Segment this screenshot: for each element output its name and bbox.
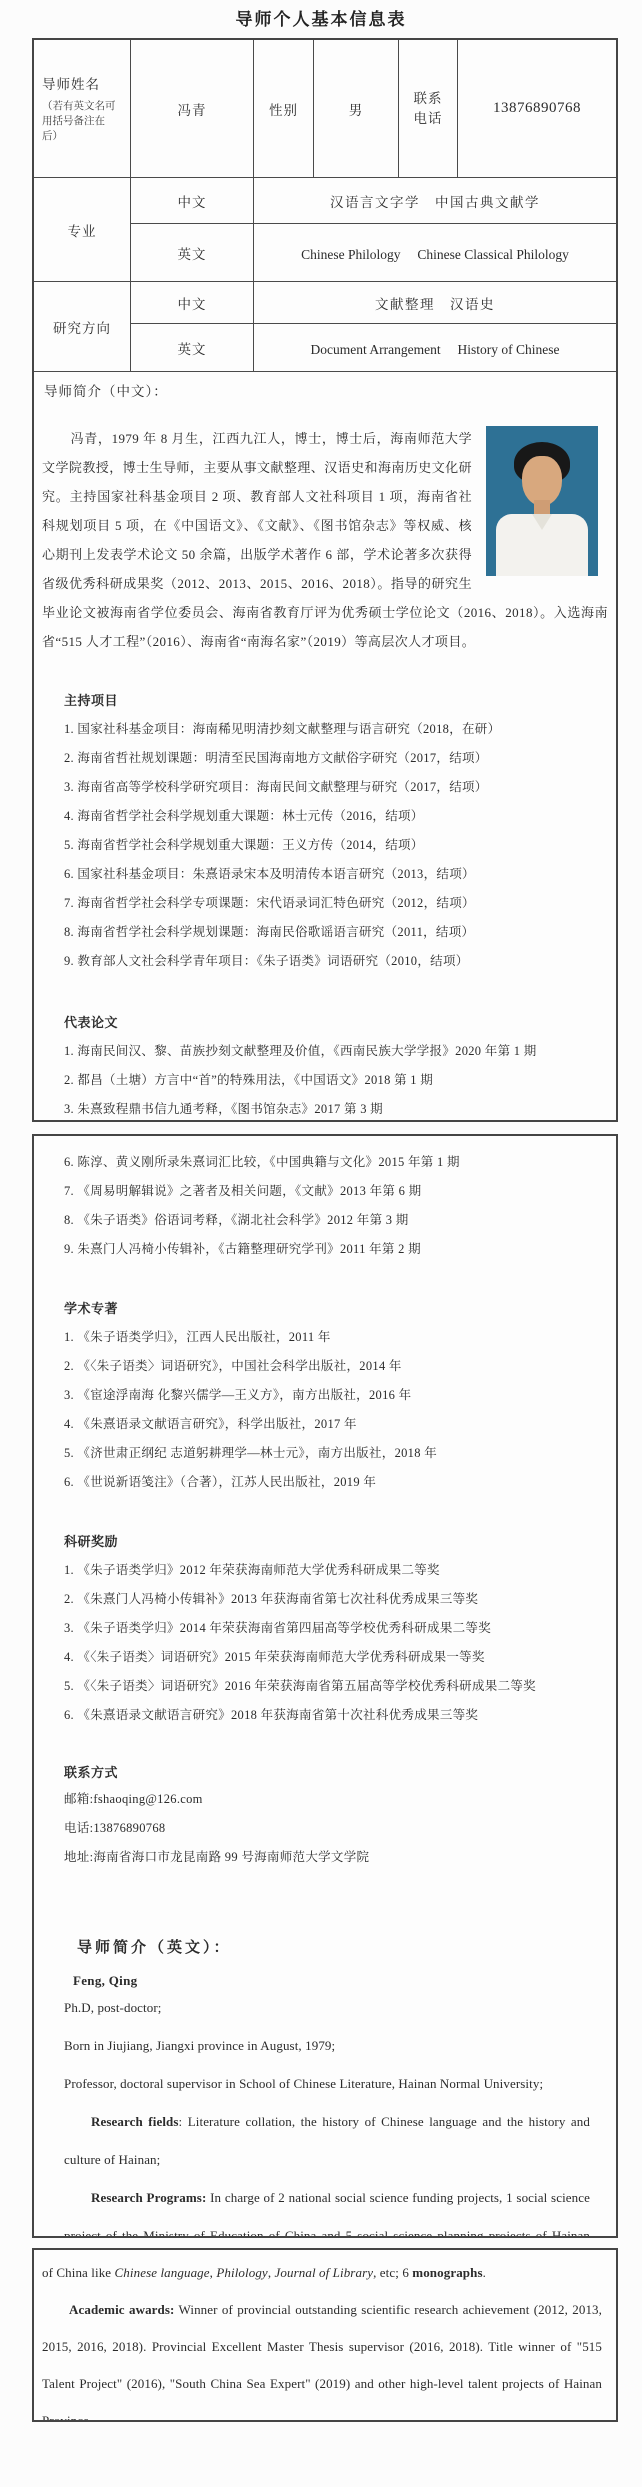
list-item: 8. 海南省哲学社会科学规划课题：海南民俗歌谣语言研究（2011，结项） bbox=[64, 918, 608, 947]
list-item: 8. 《朱子语类》俗语词考释，《湖北社会科学》2012 年第 3 期 bbox=[64, 1206, 590, 1235]
supervisor-name-note: （若有英文名可用括号备注在后） bbox=[42, 99, 116, 144]
bio-en-lead: Academic awards: bbox=[69, 2302, 174, 2317]
list-item: 4. 《朱熹语录文献语言研究》，科学出版社，2017 年 bbox=[64, 1410, 590, 1439]
list-item: 7. 《周易明解辑说》之著者及相关问题，《文献》2013 年第 6 期 bbox=[64, 1177, 590, 1206]
research-en-label: 英文 bbox=[131, 324, 254, 372]
list-item: 9. 教育部人文社会科学青年项目：《朱子语类》词语研究（2010，结项） bbox=[64, 947, 608, 976]
phone-label: 联系 电话 bbox=[399, 40, 458, 178]
bio-cn-body: 冯青，1979 年 8 月生，江西九江人，博士，博士后，海南师范大学文学院教授，… bbox=[42, 424, 608, 656]
supervisor-name-value: 冯青 bbox=[131, 40, 254, 178]
photo-face-shape bbox=[522, 456, 562, 506]
bio-en-lead: Research fields bbox=[91, 2114, 179, 2129]
page-2: 6. 陈淳、黄义刚所录朱熹词汇比较，《中国典籍与文化》2015 年第 1 期 7… bbox=[32, 1134, 618, 2238]
list-item: 6. 《朱熹语录文献语言研究》2018 年获海南省第十次社科优秀成果三等奖 bbox=[64, 1701, 590, 1730]
bio-en-text: , bbox=[268, 2265, 275, 2280]
academic-awards-paragraph: Academic awards: Winner of provincial ou… bbox=[42, 2291, 602, 2422]
bio-en-line: Research fields: Literature collation, t… bbox=[64, 2103, 590, 2179]
journal-title: Chinese language bbox=[115, 2265, 210, 2280]
contact-address: 地址:海南省海口市龙昆南路 99 号海南师范大学文学院 bbox=[64, 1843, 590, 1872]
bio-cn-heading: 导师简介（中文）： bbox=[44, 380, 608, 400]
bio-en-text: of China like bbox=[42, 2265, 115, 2280]
list-item: 5. 海南省哲学社会科学规划重大课题：王义方传（2014，结项） bbox=[64, 831, 608, 860]
bio-en-line: Born in Jiujiang, Jiangxi province in Au… bbox=[64, 2027, 590, 2065]
gender-value: 男 bbox=[314, 40, 399, 178]
section-heading-projects: 主持项目 bbox=[64, 690, 608, 709]
list-item: 7. 海南省哲学社会科学专项课题：宋代语录词汇特色研究（2012，结项） bbox=[64, 889, 608, 918]
list-item: 2. 都昌（土塘）方言中“首”的特殊用法，《中国语文》2018 第 1 期 bbox=[64, 1066, 608, 1095]
form-title: 导师个人基本信息表 bbox=[0, 5, 642, 30]
supervisor-name-cell: 导师姓名 （若有英文名可用括号备注在后） bbox=[34, 40, 131, 178]
bio-en-line: Research Programs: In charge of 2 nation… bbox=[64, 2179, 590, 2238]
major-en-value: Chinese Philology Chinese Classical Phil… bbox=[254, 224, 616, 282]
list-item: 6. 《世说新语笺注》（合著），江苏人民出版社，2019 年 bbox=[64, 1468, 590, 1497]
phone-label-line2: 电话 bbox=[414, 109, 443, 129]
list-item: 3. 朱熹致程鼎书信九通考释，《图书馆杂志》2017 第 3 期 bbox=[64, 1095, 608, 1122]
portrait-photo bbox=[486, 426, 598, 576]
list-item: 5. 《〈朱子语类〉词语研究》2016 年荣获海南省第五届高等学校优秀科研成果二… bbox=[64, 1672, 590, 1701]
bio-en-text: Ph.D, post-doctor; bbox=[64, 2000, 162, 2015]
list-item: 5. 《济世肃正纲纪 志道躬耕理学—林士元》，南方出版社，2018 年 bbox=[64, 1439, 590, 1468]
list-item: 3. 《宦途浮南海 化黎兴儒学—王义方》，南方出版社，2016 年 bbox=[64, 1381, 590, 1410]
section-heading-contact: 联系方式 bbox=[64, 1762, 590, 1781]
list-item: 1. 《朱子语类学归》，江西人民出版社，2011 年 bbox=[64, 1323, 590, 1352]
gender-label: 性别 bbox=[254, 40, 314, 178]
bio-en-lead: Research Programs: bbox=[91, 2190, 206, 2205]
bio-cn-cell: 导师简介（中文）： 冯青，1979 年 8 月生，江西九江人，博士，博士后，海南… bbox=[34, 372, 616, 1122]
bio-en-heading: 导师简介（英文）： bbox=[77, 1936, 590, 1957]
bio-en-continuation: of China like Chinese language, Philolog… bbox=[42, 2254, 602, 2291]
page-3: of China like Chinese language, Philolog… bbox=[32, 2248, 618, 2422]
major-cn-value: 汉语言文字学 中国古典文献学 bbox=[254, 178, 616, 224]
bio-en-text: , etc; 6 bbox=[373, 2265, 412, 2280]
list-item: 3. 海南省高等学校科学研究项目：海南民间文献整理与研究（2017，结项） bbox=[64, 773, 608, 802]
major-cn-label: 中文 bbox=[131, 178, 254, 224]
list-item: 1. 海南民间汉、黎、苗族抄刻文献整理及价值，《西南民族大学学报》2020 年第… bbox=[64, 1037, 608, 1066]
page-1: 导师姓名 （若有英文名可用括号备注在后） 冯青 性别 男 联系 电话 13876… bbox=[32, 38, 618, 1122]
supervisor-name-label: 导师姓名 bbox=[42, 73, 100, 93]
page-2-content: 6. 陈淳、黄义刚所录朱熹词汇比较，《中国典籍与文化》2015 年第 1 期 7… bbox=[34, 1136, 616, 2238]
list-item: 3. 《朱子语类学归》2014 年荣获海南省第四届高等学校优秀科研成果二等奖 bbox=[64, 1614, 590, 1643]
contact-email: 邮箱:fshaoqing@126.com bbox=[64, 1785, 590, 1814]
bio-en-name: Feng, Qing bbox=[73, 1973, 590, 1989]
research-direction-label: 研究方向 bbox=[34, 282, 131, 372]
list-item: 4. 《〈朱子语类〉词语研究》2015 年荣获海南师范大学优秀科研成果一等奖 bbox=[64, 1643, 590, 1672]
list-item: 2. 《〈朱子语类〉词语研究》，中国社会科学出版社，2014 年 bbox=[64, 1352, 590, 1381]
bio-en-text: . bbox=[483, 2265, 486, 2280]
bio-en-text: Born in Jiujiang, Jiangxi province in Au… bbox=[64, 2038, 335, 2053]
section-heading-papers: 代表论文 bbox=[64, 1012, 608, 1031]
journal-title: Philology bbox=[216, 2265, 267, 2280]
journal-title: Journal of Library bbox=[275, 2265, 374, 2280]
list-item: 1. 《朱子语类学归》2012 年荣获海南师范大学优秀科研成果二等奖 bbox=[64, 1556, 590, 1585]
list-item: 4. 海南省哲学社会科学规划重大课题：林士元传（2016，结项） bbox=[64, 802, 608, 831]
section-heading-monographs: 学术专著 bbox=[64, 1298, 590, 1317]
info-table-row-1: 导师姓名 （若有英文名可用括号备注在后） 冯青 性别 男 联系 电话 13876… bbox=[34, 40, 616, 178]
research-cn-value: 文献整理 汉语史 bbox=[254, 282, 616, 324]
list-item: 1. 国家社科基金项目：海南稀见明清抄刻文献整理与语言研究（2018，在研） bbox=[64, 715, 608, 744]
contact-phone: 电话:13876890768 bbox=[64, 1814, 590, 1843]
list-item: 9. 朱熹门人冯椅小传辑补，《古籍整理研究学刊》2011 年第 2 期 bbox=[64, 1235, 590, 1264]
section-heading-awards: 科研奖励 bbox=[64, 1531, 590, 1550]
research-en-value: Document Arrangement History of Chinese bbox=[254, 324, 616, 372]
list-item: 6. 国家社科基金项目：朱熹语录宋本及明清传本语言研究（2013，结项） bbox=[64, 860, 608, 889]
bio-en-text: Winner of provincial outstanding scienti… bbox=[42, 2302, 602, 2422]
phone-value: 13876890768 bbox=[458, 40, 616, 178]
bio-en-text: Professor, doctoral supervisor in School… bbox=[64, 2076, 543, 2091]
phone-label-line1: 联系 bbox=[414, 89, 443, 109]
info-table-rows-2-5: 专业 中文 汉语言文字学 中国古典文献学 英文 Chinese Philolog… bbox=[34, 178, 616, 372]
major-en-label: 英文 bbox=[131, 224, 254, 282]
bio-en-bold: monographs bbox=[412, 2265, 482, 2280]
research-cn-label: 中文 bbox=[131, 282, 254, 324]
bio-en-line: Professor, doctoral supervisor in School… bbox=[64, 2065, 590, 2103]
list-item: 2. 海南省哲社规划课题：明清至民国海南地方文献俗字研究（2017，结项） bbox=[64, 744, 608, 773]
major-label: 专业 bbox=[34, 178, 131, 282]
list-item: 2. 《朱熹门人冯椅小传辑补》2013 年获海南省第七次社科优秀成果三等奖 bbox=[64, 1585, 590, 1614]
list-item: 6. 陈淳、黄义刚所录朱熹词汇比较，《中国典籍与文化》2015 年第 1 期 bbox=[64, 1148, 590, 1177]
bio-en-line: Ph.D, post-doctor; bbox=[64, 1989, 590, 2027]
